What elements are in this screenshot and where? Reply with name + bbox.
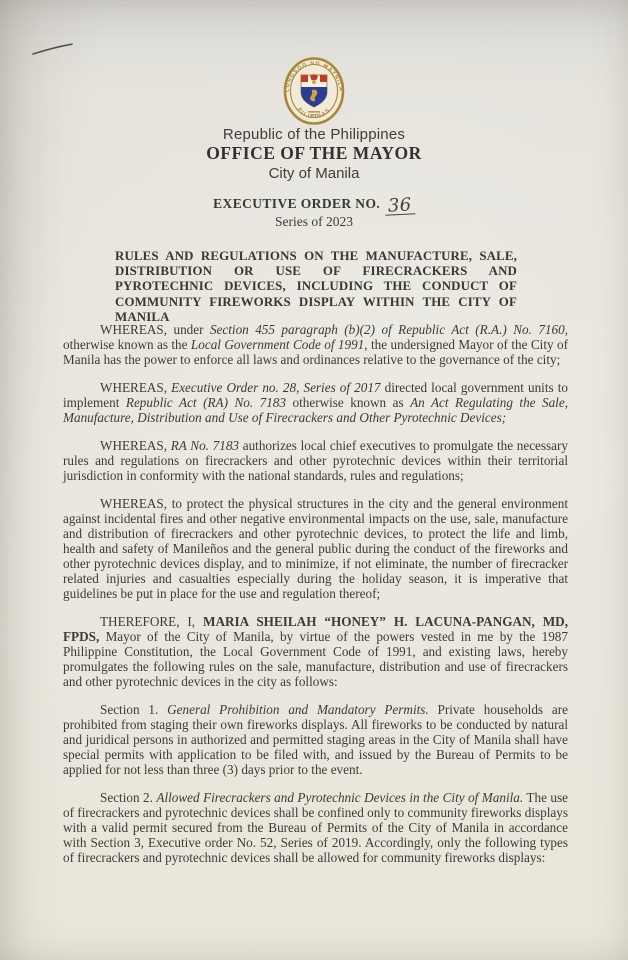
paragraph-therefore: THEREFORE, I, MARIA SHEILAH “HONEY” H. L… <box>63 614 568 689</box>
seal-shield-red-right <box>320 75 327 82</box>
paragraph-whereas-1: WHEREAS, under Section 455 paragraph (b)… <box>63 322 568 367</box>
seal-shield-red-left <box>301 75 308 82</box>
order-body: WHEREAS, under Section 455 paragraph (b)… <box>63 322 568 878</box>
manila-seal-icon: LUNGSOD NG MAYNILA PILIPINAS <box>282 56 346 126</box>
pen-mark <box>31 39 75 57</box>
paragraph-section-1: Section 1. General Prohibition and Manda… <box>63 702 568 777</box>
seal-base-mark-2 <box>310 114 318 115</box>
scanned-executive-order-page: LUNGSOD NG MAYNILA PILIPINAS Republic of… <box>0 0 628 960</box>
seal-base-mark-1 <box>308 111 320 113</box>
seal-shield-crest <box>310 74 318 80</box>
paragraph-whereas-4: WHEREAS, to protect the physical structu… <box>63 496 568 601</box>
seal-shield-pearl <box>312 80 316 84</box>
office-of-the-mayor-title: OFFICE OF THE MAYOR <box>0 143 628 164</box>
order-title: RULES AND REGULATIONS ON THE MANUFACTURE… <box>115 249 517 325</box>
paragraph-whereas-2: WHEREAS, Executive Order no. 28, Series … <box>63 380 568 425</box>
paragraph-section-2: Section 2. Allowed Firecrackers and Pyro… <box>63 790 568 865</box>
executive-order-line: EXECUTIVE ORDER NO.36 <box>0 196 628 215</box>
republic-line: Republic of the Philippines <box>0 126 628 143</box>
city-line: City of Manila <box>0 165 628 182</box>
series-line: Series of 2023 <box>0 214 628 230</box>
paragraph-whereas-3: WHEREAS, RA No. 7183 authorizes local ch… <box>63 438 568 483</box>
executive-order-label: EXECUTIVE ORDER NO. <box>213 196 380 211</box>
